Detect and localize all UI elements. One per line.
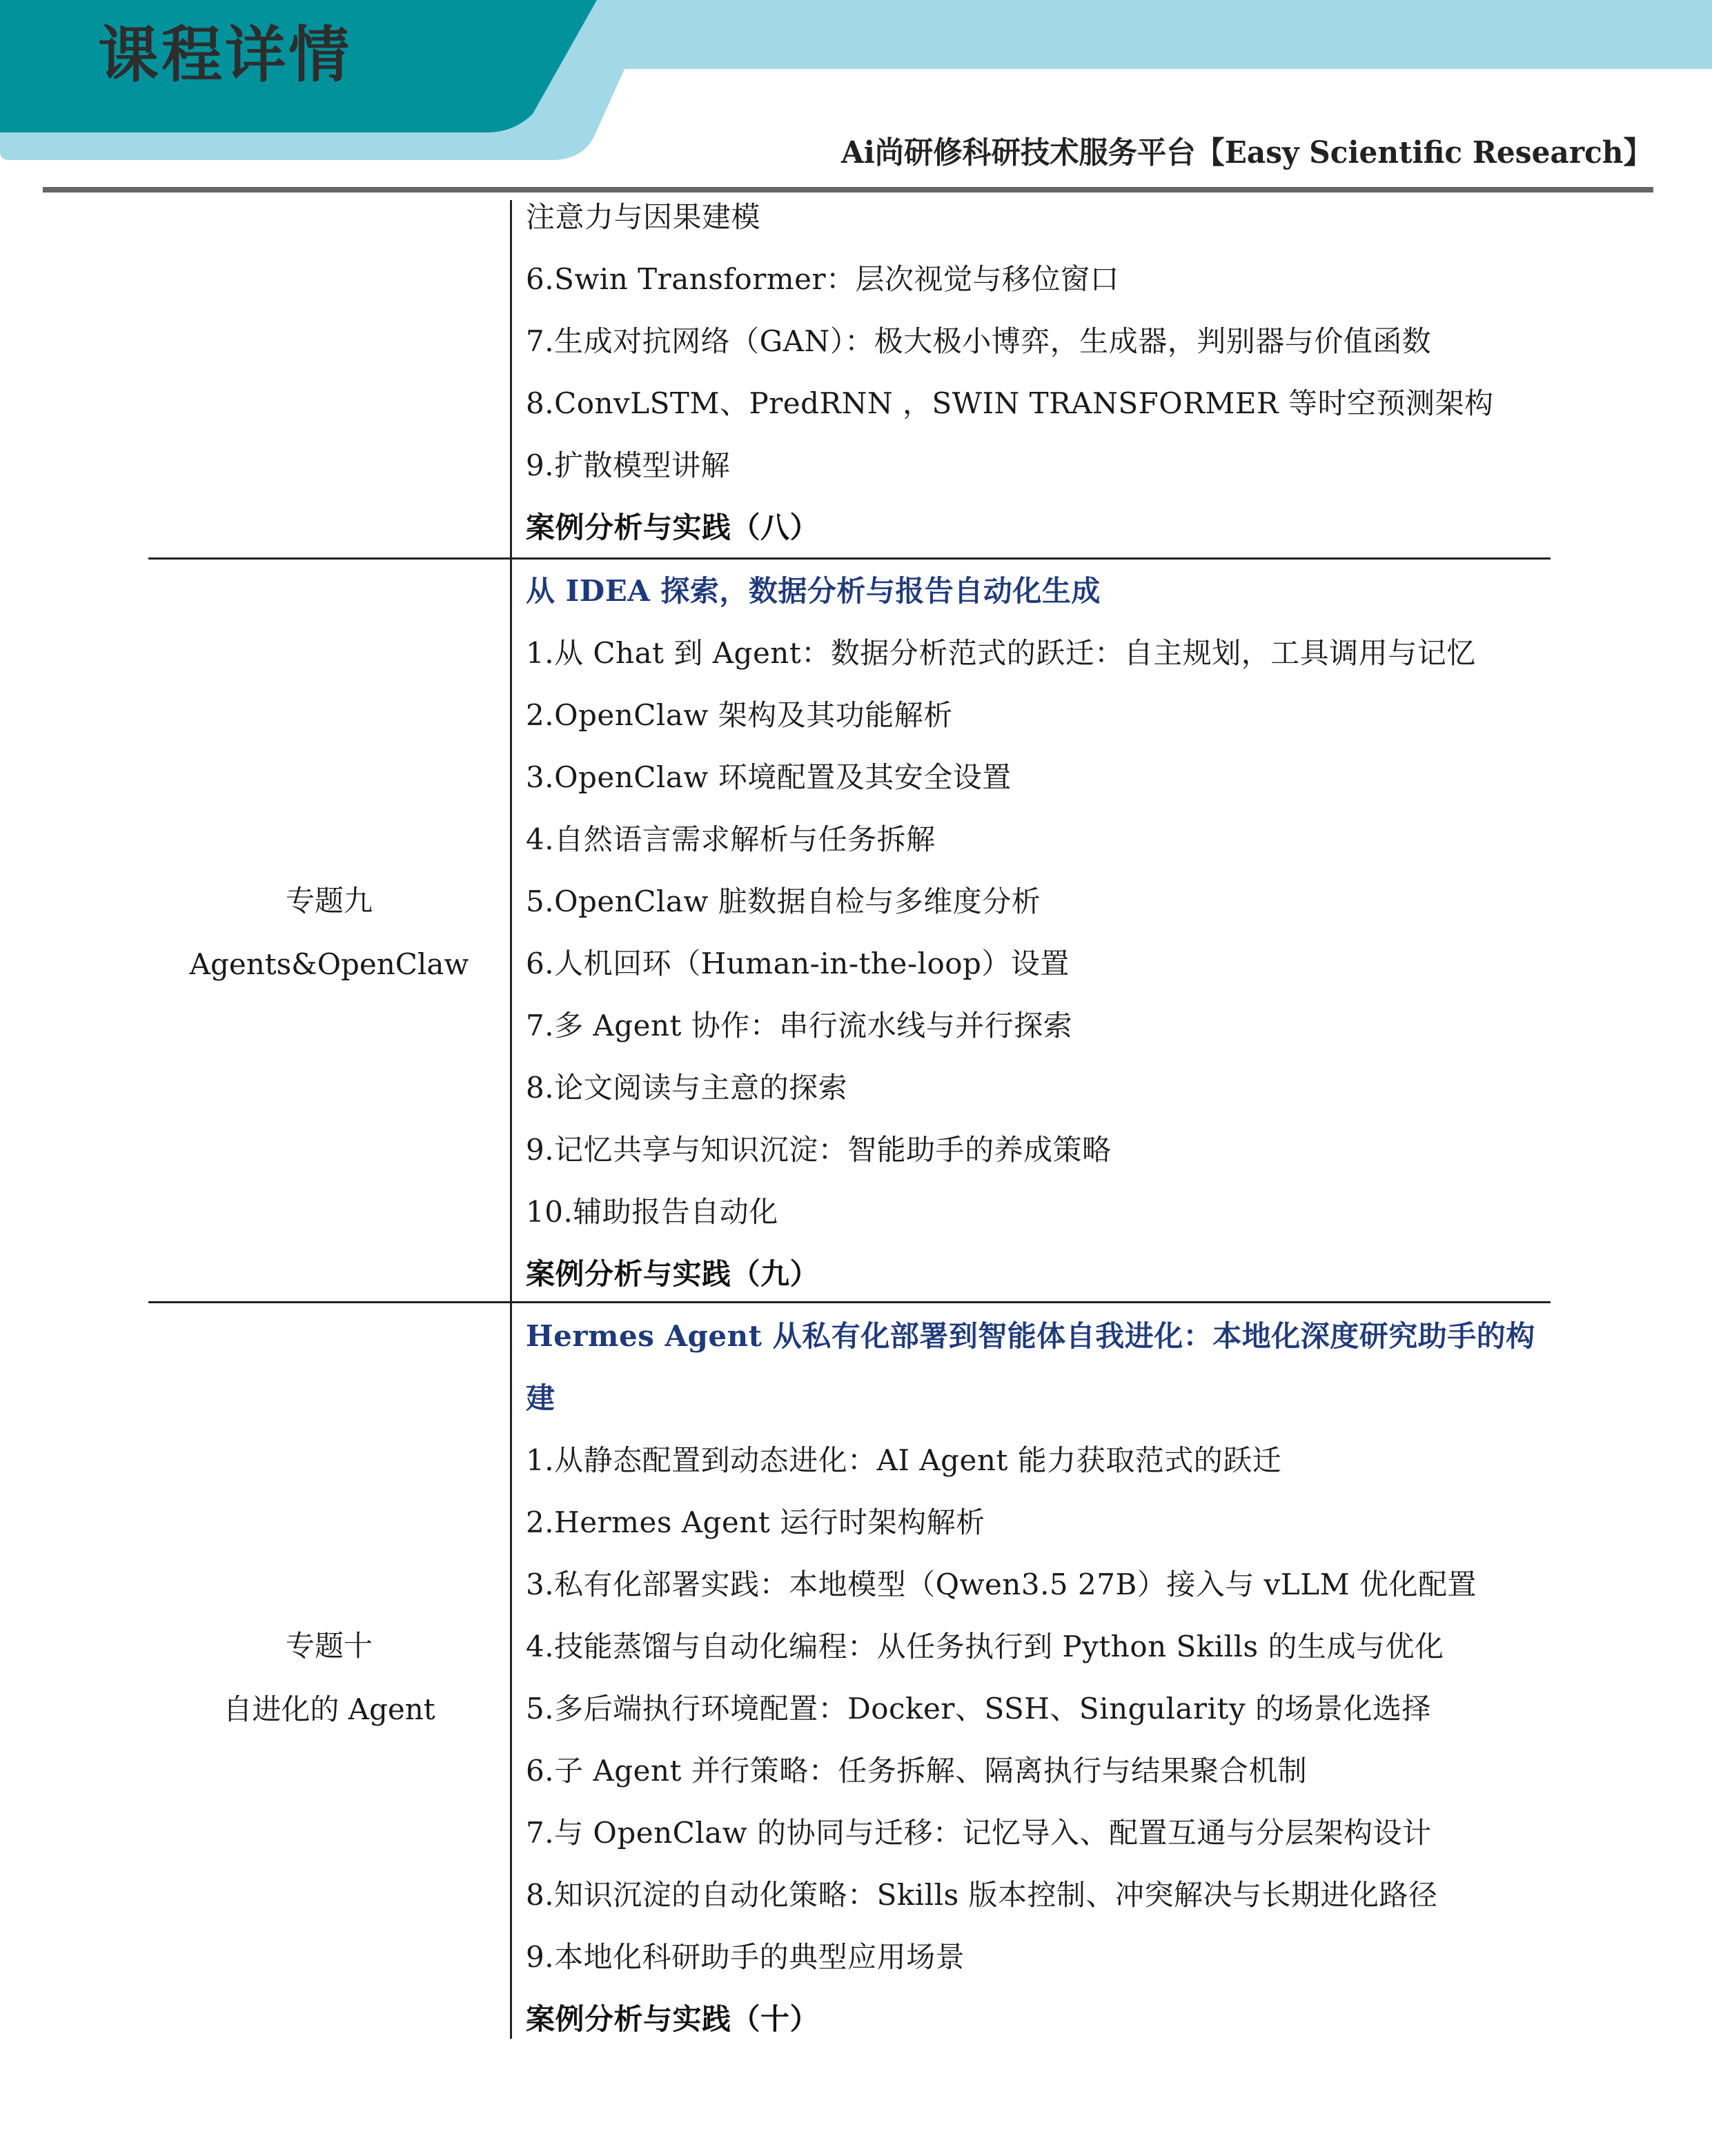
list-item: 1.从 Chat 到 Agent：数据分析范式的跃迁：自主规划，工具调用与记忆 bbox=[526, 622, 1476, 684]
list-item: 2.Hermes Agent 运行时架构解析 bbox=[526, 1492, 1547, 1554]
case-study-label: 案例分析与实践（九） bbox=[526, 1243, 1476, 1305]
list-item: 9.记忆共享与知识沉淀：智能助手的养成策略 bbox=[526, 1119, 1476, 1181]
course-section: 从 IDEA 探索，数据分析与报告自动化生成 1.从 Chat 到 Agent：… bbox=[526, 560, 1476, 1305]
list-item: 6.子 Agent 并行策略：任务拆解、隔离执行与结果聚合机制 bbox=[526, 1740, 1547, 1802]
topic-label: 专题九 bbox=[148, 869, 510, 933]
list-item: 8.论文阅读与主意的探索 bbox=[526, 1057, 1476, 1119]
list-item: 4.自然语言需求解析与任务拆解 bbox=[526, 809, 1476, 871]
list-item: 注意力与因果建模 bbox=[526, 186, 1493, 248]
list-item: 7.多 Agent 协作：串行流水线与并行探索 bbox=[526, 995, 1476, 1057]
list-item: 5.多后端执行环境配置：Docker、SSH、Singularity 的场景化选… bbox=[526, 1678, 1547, 1740]
case-study-label: 案例分析与实践（八） bbox=[526, 497, 1493, 559]
list-item: 8.ConvLSTM、PredRNN ，SWIN TRANSFORMER 等时空… bbox=[526, 373, 1493, 435]
section-heading: Hermes Agent 从私有化部署到智能体自我进化：本地化深度研究助手的构建 bbox=[526, 1305, 1547, 1430]
list-item: 10.辅助报告自动化 bbox=[526, 1181, 1476, 1243]
list-item: 5.OpenClaw 脏数据自检与多维度分析 bbox=[526, 871, 1476, 933]
topic-cell: 专题十 自进化的 Agent bbox=[148, 1614, 510, 1741]
list-item: 6.人机回环（Human-in-the-loop）设置 bbox=[526, 933, 1476, 995]
brand-name: Ai尚研修科研技术服务平台【Easy Scientific Research】 bbox=[841, 138, 1653, 168]
section-heading: 从 IDEA 探索，数据分析与报告自动化生成 bbox=[526, 560, 1476, 622]
list-item: 7.生成对抗网络（GAN）：极大极小博弈，生成器，判别器与价值函数 bbox=[526, 310, 1493, 373]
list-item: 2.OpenClaw 架构及其功能解析 bbox=[526, 684, 1476, 746]
course-section: Hermes Agent 从私有化部署到智能体自我进化：本地化深度研究助手的构建… bbox=[526, 1305, 1547, 2050]
page-header: 课程详情 Ai尚研修科研技术服务平台【Easy Scientific Resea… bbox=[0, 0, 1712, 166]
list-item: 6.Swin Transformer：层次视觉与移位窗口 bbox=[526, 248, 1493, 310]
list-item: 7.与 OpenClaw 的协同与迁移：记忆导入、配置互通与分层架构设计 bbox=[526, 1802, 1547, 1864]
list-item: 1.从静态配置到动态进化：AI Agent 能力获取范式的跃迁 bbox=[526, 1430, 1547, 1492]
list-item: 4.技能蒸馏与自动化编程：从任务执行到 Python Skills 的生成与优化 bbox=[526, 1616, 1547, 1678]
list-item: 3.OpenClaw 环境配置及其安全设置 bbox=[526, 746, 1476, 809]
list-item: 9.扩散模型讲解 bbox=[526, 435, 1493, 497]
list-item: 8.知识沉淀的自动化策略：Skills 版本控制、冲突解决与长期进化路径 bbox=[526, 1864, 1547, 1926]
course-section-continued: 注意力与因果建模 6.Swin Transformer：层次视觉与移位窗口 7.… bbox=[526, 186, 1493, 559]
topic-label: 专题十 bbox=[148, 1614, 510, 1678]
topic-subtitle: Agents&OpenClaw bbox=[148, 933, 510, 996]
list-item: 9.本地化科研助手的典型应用场景 bbox=[526, 1926, 1547, 1988]
page-title: 课程详情 bbox=[98, 25, 352, 86]
topic-cell: 专题九 Agents&OpenClaw bbox=[148, 869, 510, 996]
column-divider bbox=[510, 200, 512, 2039]
case-study-label: 案例分析与实践（十） bbox=[526, 1988, 1547, 2050]
list-item: 3.私有化部署实践：本地模型（Qwen3.5 27B）接入与 vLLM 优化配置 bbox=[526, 1554, 1547, 1616]
topic-subtitle: 自进化的 Agent bbox=[148, 1678, 510, 1741]
